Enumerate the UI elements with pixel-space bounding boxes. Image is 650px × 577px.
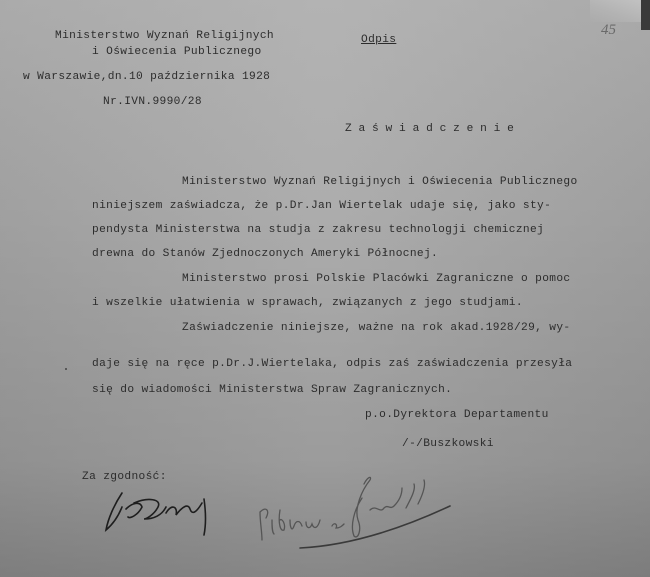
scanned-document-page: Ministerstwo Wyznań Religijnych i Oświec… <box>0 0 650 577</box>
body-line: Zaświadczenie niniejsze, ważne na rok ak… <box>182 321 571 335</box>
copy-label: Odpis <box>361 33 396 47</box>
body-line: drewna do Stanów Zjednoczonych Ameryki P… <box>92 247 438 261</box>
signatory-name: /-/Buszkowski <box>402 437 494 451</box>
conformity-label: Za zgodność: <box>82 470 167 484</box>
handwritten-page-number: 45 <box>601 22 616 39</box>
body-line: i wszelkie ułatwienia w sprawach, związa… <box>92 296 523 310</box>
signatory-role: p.o.Dyrektora Departamentu <box>365 408 549 422</box>
body-line: daje się na ręce p.Dr.J.Wiertelaka, odpi… <box>92 357 572 371</box>
body-line: niniejszem zaświadcza, że p.Dr.Jan Wiert… <box>92 199 551 213</box>
reference-number: Nr.IVN.9990/28 <box>103 95 202 109</box>
margin-mark <box>65 368 67 370</box>
body-line: Ministerstwo prosi Polskie Placówki Zagr… <box>182 272 571 286</box>
place-and-date: w Warszawie,dn.10 października 1928 <box>23 70 270 84</box>
body-line: się do wiadomości Ministerstwa Spraw Zag… <box>92 383 452 397</box>
body-line: pendysta Ministerstwa na studja z zakres… <box>92 223 544 237</box>
handwritten-signature <box>100 485 250 545</box>
handwritten-note <box>250 470 480 550</box>
body-line: Ministerstwo Wyznań Religijnych i Oświec… <box>182 175 578 189</box>
document-title: Zaświadczenie <box>345 122 521 136</box>
scan-edge <box>641 0 650 30</box>
ministry-name-line2: i Oświecenia Publicznego <box>92 45 262 59</box>
ministry-name-line1: Ministerstwo Wyznań Religijnych <box>55 29 274 43</box>
